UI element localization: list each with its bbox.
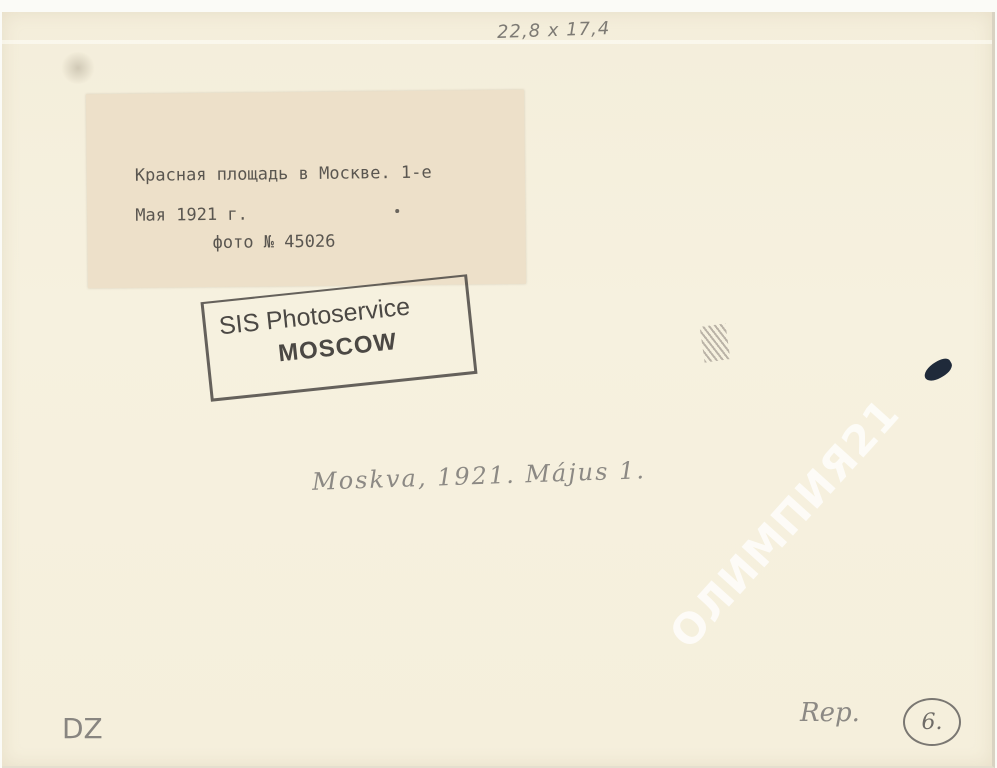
label-line-photo-number: фото № 45026 bbox=[212, 232, 335, 253]
circled-number: 6. bbox=[903, 698, 961, 746]
circled-number-text: 6. bbox=[922, 710, 943, 735]
smudge-mark bbox=[60, 52, 96, 84]
label-line-title: Красная площадь в Москве. 1-е bbox=[135, 163, 432, 186]
ink-dot bbox=[395, 209, 399, 213]
handwritten-initials: DZ bbox=[62, 712, 103, 745]
handwritten-rep: Rep. bbox=[800, 698, 860, 728]
dimensions-note: 22,8 x 17,4 bbox=[497, 18, 611, 43]
label-line-date: Мая 1921 г. bbox=[135, 205, 248, 226]
typed-label-slip: Красная площадь в Москве. 1-е Мая 1921 г… bbox=[86, 90, 526, 289]
pencil-scribble bbox=[700, 323, 731, 362]
